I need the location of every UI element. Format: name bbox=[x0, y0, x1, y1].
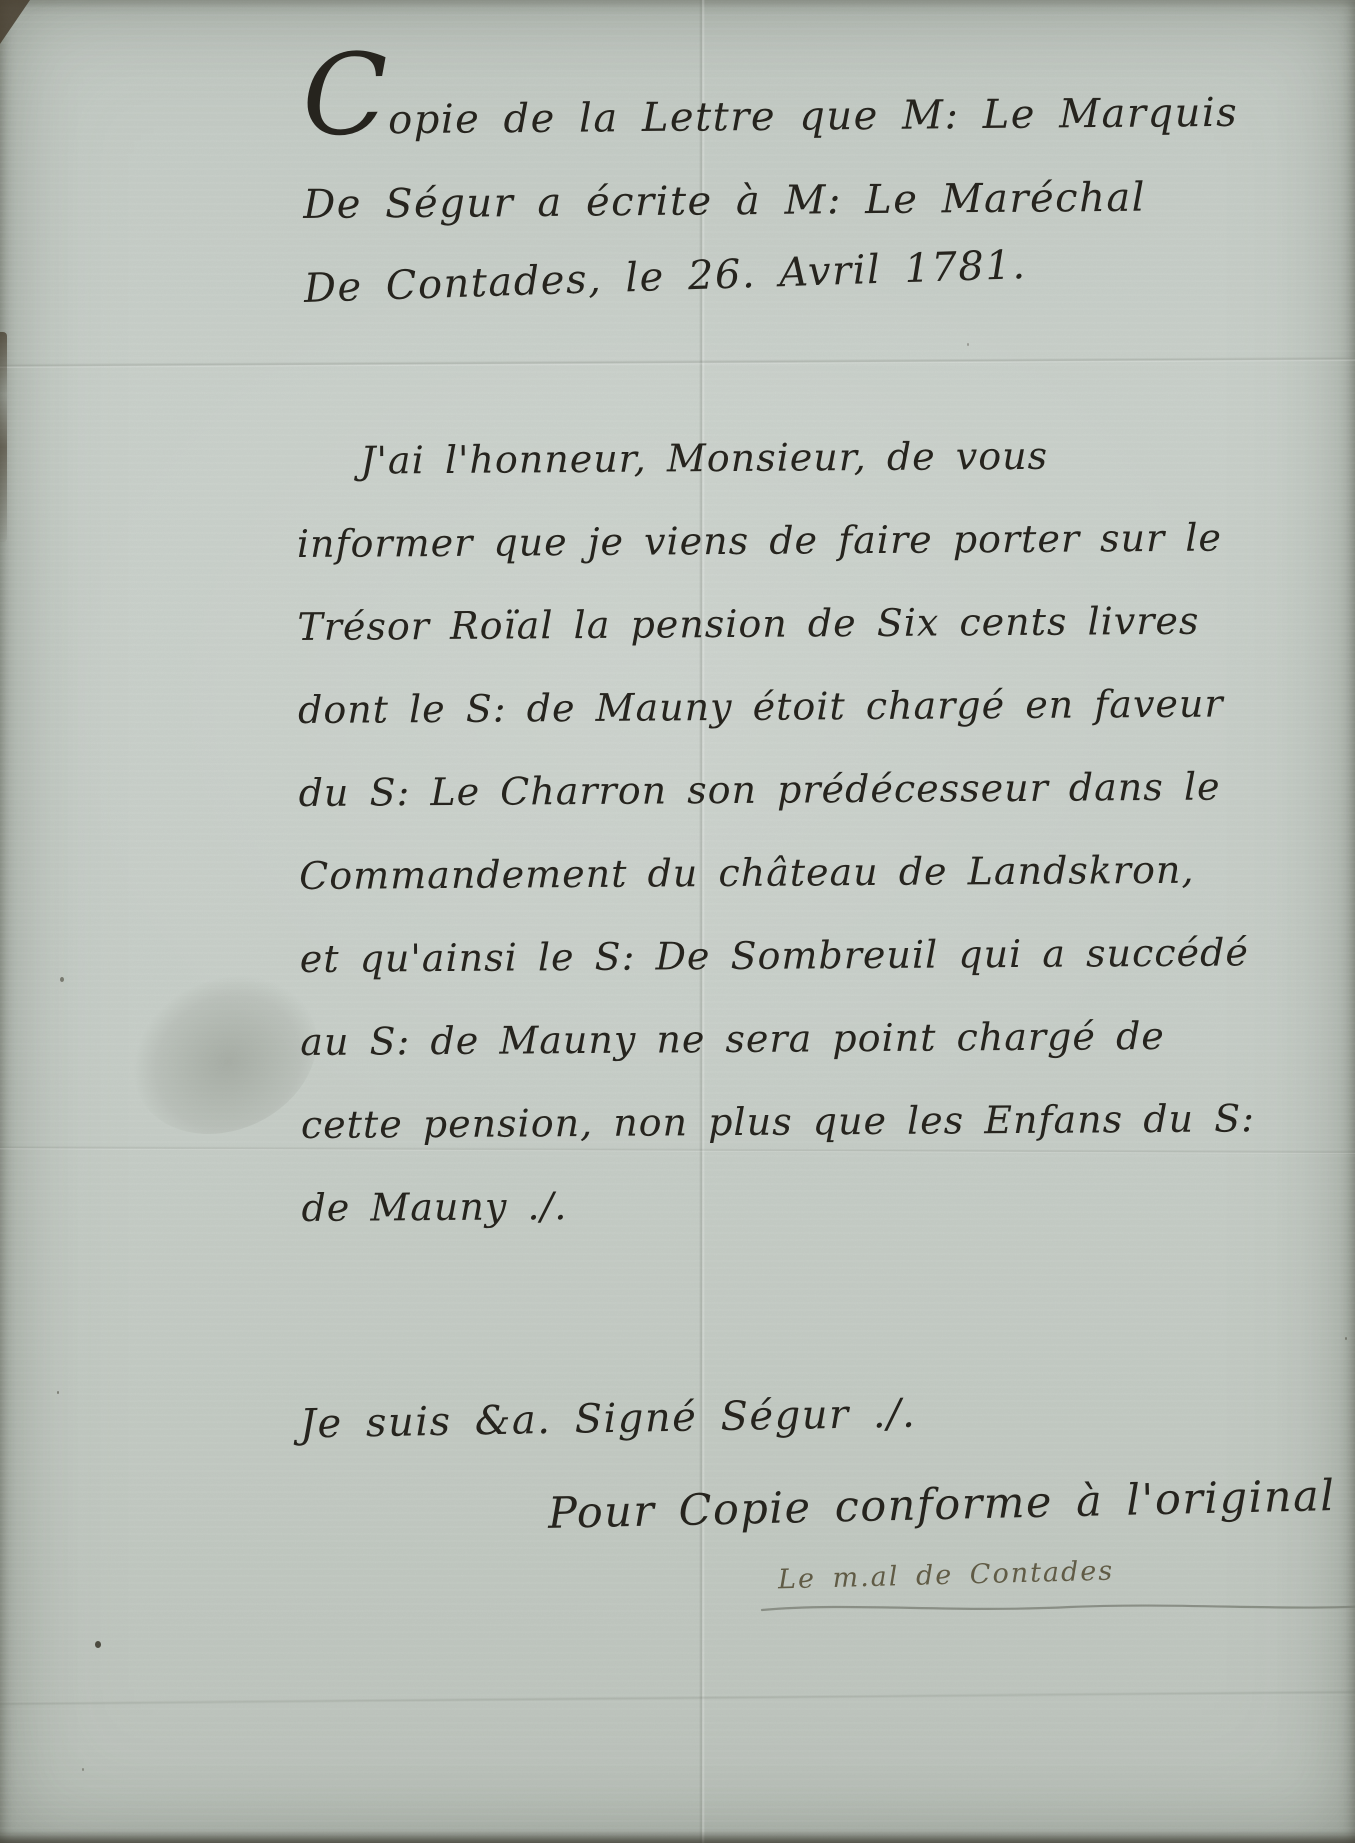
letter-body: J'ai l'honneur, Monsieur, de vous inform… bbox=[296, 414, 1222, 1250]
paper-sheet: Copie de la Lettre que M: Le Marquis De … bbox=[0, 0, 1355, 1843]
signature-contades: Le m.al de Contades bbox=[778, 1556, 1115, 1596]
closing-line: Je suis &a. Signé Ségur ./. bbox=[300, 1391, 917, 1448]
body-line: informer que je viens de faire porter su… bbox=[297, 497, 1218, 586]
paper-specks bbox=[95, 1641, 101, 1648]
body-line: cette pension, non plus que les Enfans d… bbox=[301, 1078, 1222, 1167]
body-line: dont le S: de Mauny étoit chargé en fave… bbox=[298, 663, 1219, 752]
certification-line: Pour Copie conforme à l'original bbox=[548, 1471, 1336, 1539]
signature-underline bbox=[760, 1596, 1355, 1620]
manuscript-letter-photo: Copie de la Lettre que M: Le Marquis De … bbox=[0, 0, 1355, 1843]
letter-heading: Copie de la Lettre que M: Le Marquis De … bbox=[302, 58, 1204, 331]
body-line: de Mauny ./. bbox=[301, 1161, 1222, 1250]
heading-line: Copie de la Lettre que M: Le Marquis bbox=[302, 58, 1203, 163]
body-line: et qu'ainsi le S: De Sombreuil qui a suc… bbox=[299, 912, 1220, 1001]
body-line: J'ai l'honneur, Monsieur, de vous bbox=[360, 414, 1217, 503]
body-line: du S: Le Charron son prédécesseur dans l… bbox=[298, 746, 1219, 835]
horizontal-fold-crease-bottom bbox=[0, 1690, 1355, 1706]
horizontal-fold-crease-top bbox=[0, 356, 1355, 368]
left-edge-mark bbox=[0, 332, 7, 542]
bottom-edge-shadow bbox=[0, 1831, 1355, 1843]
body-line: Trésor Roïal la pension de Six cents liv… bbox=[297, 580, 1218, 669]
body-line: Commandement du château de Landskron, bbox=[299, 829, 1220, 918]
dark-corner-top-left bbox=[0, 0, 30, 44]
body-line: au S: de Mauny ne sera point chargé de bbox=[300, 995, 1221, 1084]
